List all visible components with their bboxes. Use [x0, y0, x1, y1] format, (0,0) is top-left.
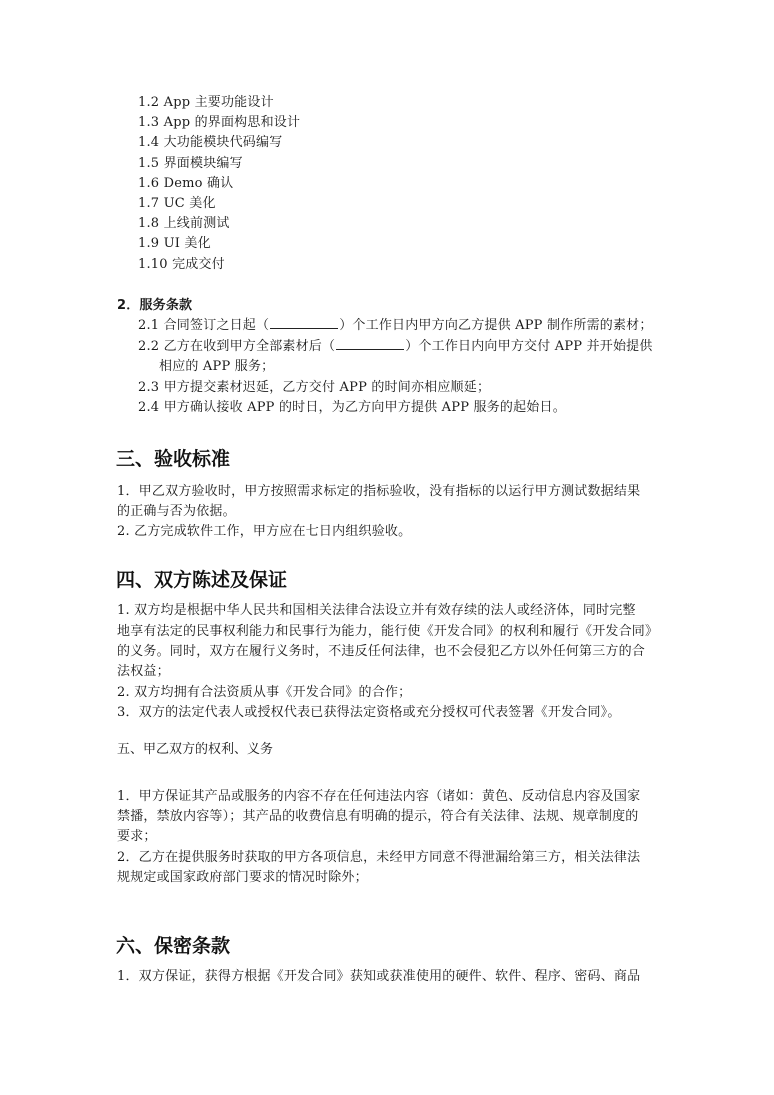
list-item: 1.7 UC 美化	[138, 194, 216, 214]
section-heading: 三、验收标准	[116, 446, 230, 472]
list-item: 1.8 上线前测试	[138, 214, 230, 234]
paragraph-line: 3．双方的法定代表人或授权代表已获得法定资格或充分授权可代表签署《开发合同》。	[117, 703, 659, 723]
list-item: 1.9 UI 美化	[138, 234, 211, 254]
list-item: 1.2 App 主要功能设计	[138, 93, 274, 113]
paragraph-line: 地享有法定的民事权利能力和民事行为能力，能行使《开发合同》的权利和履行《开发合同…	[117, 622, 659, 642]
paragraph-line: 禁播，禁放内容等）；其产品的收费信息有明确的提示，符合有关法律、法规、规章制度的	[117, 807, 659, 827]
paragraph-line: 的正确与否为依据。	[117, 502, 659, 522]
service-term-2-4: 2.4 甲方确认接收 APP 的时日，为乙方向甲方提供 APP 服务的起始日。	[138, 398, 566, 418]
service-term-2-3: 2.3 甲方提交素材迟延，乙方交付 APP 的时间亦相应顺延；	[138, 378, 490, 398]
paragraph-line: 规规定或国家政府部门要求的情况时除外；	[117, 868, 659, 888]
list-item: 1.10 完成交付	[138, 255, 225, 275]
paragraph-line: 1．双方保证，获得方根据《开发合同》获知或获准使用的硬件、软件、程序、密码、商品	[117, 967, 659, 987]
term-text: ）个工作日内向甲方交付 APP 并开始提供	[405, 339, 652, 354]
list-item: 1.5 界面模块编写	[138, 154, 243, 174]
term-text: 2.2 乙方在收到甲方全部素材后（	[138, 339, 335, 354]
service-terms-title: 2．服务条款	[117, 296, 192, 316]
paragraph-line: 1．甲乙双方验收时，甲方按照需求标定的指标验收，没有指标的以运行甲方测试数据结果	[117, 482, 659, 502]
blank-days-field[interactable]	[270, 316, 338, 329]
document-page: 1.2 App 主要功能设计 1.3 App 的界面构思和设计 1.4 大功能模…	[0, 0, 774, 1095]
paragraph-line: 1. 双方均是根据中华人民共和国相关法律合法设立并有效存续的法人或经济体，同时完…	[117, 601, 659, 621]
service-term-2-2-cont: 相应的 APP 服务；	[159, 357, 274, 377]
paragraph-line: 2．乙方在提供服务时获取的甲方各项信息，未经甲方同意不得泄漏给第三方，相关法律法	[117, 848, 659, 868]
paragraph-line: 1．甲方保证其产品或服务的内容不存在任何违法内容（诸如：黄色、反动信息内容及国家	[117, 787, 659, 807]
section-heading: 五、甲乙双方的权利、义务	[117, 740, 273, 760]
paragraph-line: 法权益；	[117, 662, 659, 682]
paragraph-line: 要求；	[117, 827, 659, 847]
section-heading: 四、双方陈述及保证	[116, 567, 287, 593]
list-item: 1.3 App 的界面构思和设计	[138, 113, 300, 133]
service-term-2-2: 2.2 乙方在收到甲方全部素材后（）个工作日内向甲方交付 APP 并开始提供	[138, 337, 653, 357]
blank-days-field[interactable]	[336, 337, 404, 350]
paragraph-line: 的义务。同时，双方在履行义务时，不违反任何法律，也不会侵犯乙方以外任何第三方的合	[117, 642, 659, 662]
list-item: 1.6 Demo 确认	[138, 174, 233, 194]
list-item: 1.4 大功能模块代码编写	[138, 133, 282, 153]
term-text: ）个工作日内甲方向乙方提供 APP 制作所需的素材；	[339, 318, 652, 333]
paragraph-line: 2. 双方均拥有合法资质从事《开发合同》的合作；	[117, 683, 659, 703]
section-heading: 六、保密条款	[116, 933, 230, 959]
service-term-2-1: 2.1 合同签订之日起（）个工作日内甲方向乙方提供 APP 制作所需的素材；	[138, 316, 653, 336]
term-text: 2.1 合同签订之日起（	[138, 318, 269, 333]
paragraph-line: 2. 乙方完成软件工作，甲方应在七日内组织验收。	[117, 522, 659, 542]
